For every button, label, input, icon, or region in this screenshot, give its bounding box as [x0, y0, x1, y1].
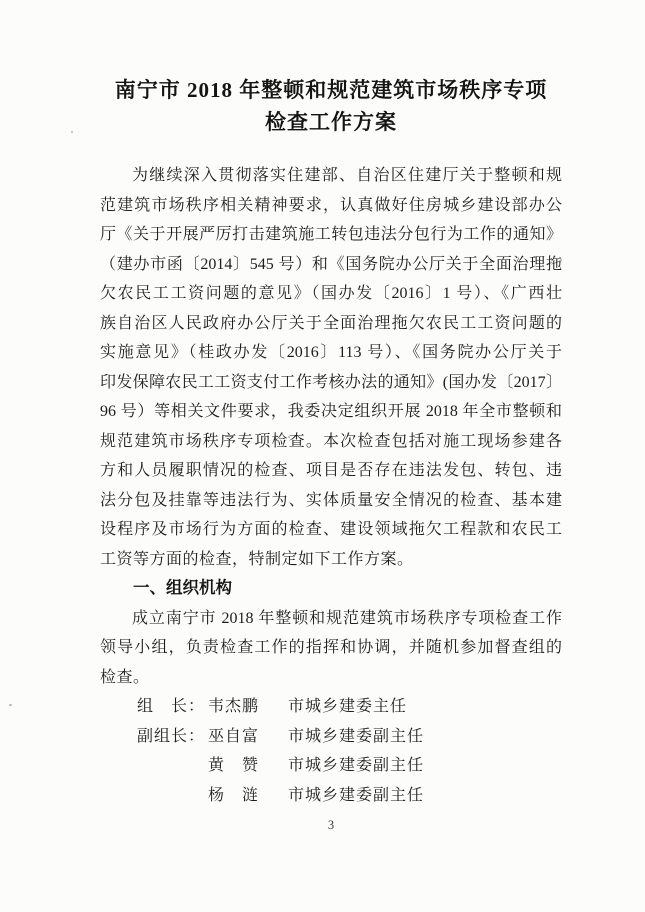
paragraph1-line: 族自治区人民政府办公厅关于全面治理拖欠农民工工资问题的: [100, 309, 562, 339]
roster-row-deputy: 副组长： 巫自富 市城乡建委副主任: [100, 722, 562, 752]
roster-post: 市城乡建委主任: [288, 692, 562, 722]
paragraph2-line: 领导小组，负责检查工作的指挥和协调，并随机参加督查组的: [100, 633, 562, 663]
document-title-line1: 南宁市 2018 年整顿和规范建筑市场秩序专项: [100, 74, 562, 106]
document-page: 南宁市 2018 年整顿和规范建筑市场秩序专项 检查工作方案 为继续深入贯彻落实…: [0, 0, 645, 912]
paragraph2-line: 检查。: [100, 663, 562, 693]
paragraph1-line: （建办市函〔2014〕545 号）和《国务院办公厅关于全面治理拖: [100, 250, 562, 280]
paragraph1-line: 规范建筑市场秩序专项检查。本次检查包括对施工现场参建各: [100, 427, 562, 457]
roster-post: 市城乡建委副主任: [288, 781, 562, 811]
document-title: 南宁市 2018 年整顿和规范建筑市场秩序专项 检查工作方案: [100, 74, 562, 138]
roster-row-deputy: 黄 赞 市城乡建委副主任: [100, 751, 562, 781]
paragraph1-line: 工资等方面的检查，特制定如下工作方案。: [100, 545, 562, 575]
document-title-line2: 检查工作方案: [100, 106, 562, 138]
paragraph1-line: 法分包及挂靠等违法行为、实体质量安全情况的检查、基本建: [100, 486, 562, 516]
paragraph1-line: 设程序及市场行为方面的检查、建设领域拖欠工程款和农民工: [100, 515, 562, 545]
roster-role: [137, 751, 208, 781]
roster-role: 组 长：: [137, 692, 208, 722]
section-heading: 一、组织机构: [100, 574, 562, 604]
roster-post: 市城乡建委副主任: [288, 751, 562, 781]
roster-name: 巫自富: [208, 722, 288, 752]
roster-row-deputy: 杨 涟 市城乡建委副主任: [100, 781, 562, 811]
paragraph2-line: 成立南宁市 2018 年整顿和规范建筑市场秩序专项检查工作: [100, 604, 562, 634]
paragraph1-line: 欠农民工工资问题的意见》（国办发〔2016〕1 号）、《广西壮: [100, 279, 562, 309]
document-body: 为继续深入贯彻落实住建部、自治区住建厅关于整顿和规 范建筑市场秩序相关精神要求，…: [100, 161, 562, 810]
paragraph1-line: 印发保障农民工工资支付工作考核办法的通知》(国办发〔2017〕: [100, 368, 562, 398]
roster-row-leader: 组 长： 韦杰鹏 市城乡建委主任: [100, 692, 562, 722]
page-number: 3: [100, 818, 562, 833]
scan-speck: [9, 704, 12, 706]
roster-role: [137, 781, 208, 811]
roster-name: 韦杰鹏: [208, 692, 288, 722]
paragraph1-line: 厅《关于开展严厉打击建筑施工转包违法分包行为工作的通知》: [100, 220, 562, 250]
roster-role: 副组长：: [137, 722, 208, 752]
roster-post: 市城乡建委副主任: [288, 722, 562, 752]
roster-name: 黄 赞: [208, 751, 288, 781]
paragraph1-line: 实施意见》（桂政办发〔2016〕113 号）、《国务院办公厅关于: [100, 338, 562, 368]
paragraph1-line: 为继续深入贯彻落实住建部、自治区住建厅关于整顿和规: [100, 161, 562, 191]
paragraph1-line: 96 号）等相关文件要求，我委决定组织开展 2018 年全市整顿和: [100, 397, 562, 427]
roster-name: 杨 涟: [208, 781, 288, 811]
paragraph1-line: 方和人员履职情况的检查、项目是否存在违法发包、转包、违: [100, 456, 562, 486]
scan-speck: [71, 131, 73, 133]
paragraph1-line: 范建筑市场秩序相关精神要求，认真做好住房城乡建设部办公: [100, 191, 562, 221]
